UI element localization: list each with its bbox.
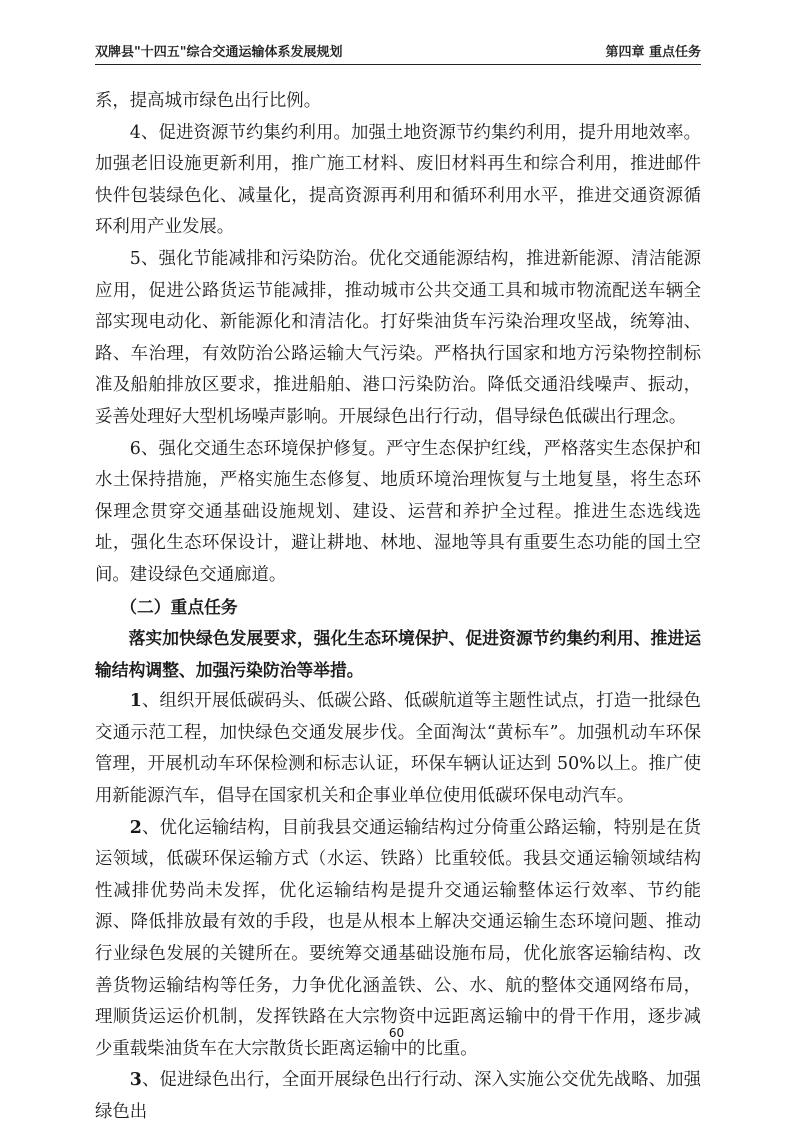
paragraph-item-5: 5、强化节能减排和污染防治。优化交通能源结构，推进新能源、清洁能源应用，促进公路… bbox=[95, 244, 701, 434]
item-number: 3 bbox=[130, 1070, 142, 1090]
chapter-title: 第四章 重点任务 bbox=[605, 41, 701, 60]
item-number: 1 bbox=[130, 691, 142, 711]
paragraph-item-6: 6、强化交通生态环境保护修复。严守生态保护红线，严格落实生态保护和水土保持措施，… bbox=[95, 434, 701, 592]
item-number: 6 bbox=[130, 439, 141, 459]
document-title: 双牌县"十四五"综合交通运输体系发展规划 bbox=[95, 41, 343, 60]
item-number: 2 bbox=[130, 818, 142, 838]
section-heading: （二）重点任务 bbox=[95, 592, 701, 624]
document-body: 系，提高城市绿色出行比例。 4、促进资源节约集约利用。加强土地资源节约集约利用，… bbox=[95, 86, 701, 1122]
section-intro: 落实加快绿色发展要求，强化生态环境保护、促进资源节约集约利用、推进运输结构调整、… bbox=[95, 623, 701, 686]
item-number: 5 bbox=[130, 249, 141, 269]
page-number: 60 bbox=[0, 1026, 793, 1040]
paragraph-continuation: 系，提高城市绿色出行比例。 bbox=[95, 86, 701, 118]
task-item-1: 1、组织开展低碳码头、低碳公路、低碳航道等主题性试点，打造一批绿色交通示范工程，… bbox=[95, 686, 701, 812]
page-header: 双牌县"十四五"综合交通运输体系发展规划 第四章 重点任务 bbox=[95, 44, 701, 65]
paragraph-item-4: 4、促进资源节约集约利用。加强土地资源节约集约利用，提升用地效率。加强老旧设施更… bbox=[95, 118, 701, 244]
task-item-3: 3、促进绿色出行，全面开展绿色出行行动、深入实施公交优先战略、加强绿色出 bbox=[95, 1065, 701, 1122]
item-number: 4 bbox=[130, 123, 141, 143]
